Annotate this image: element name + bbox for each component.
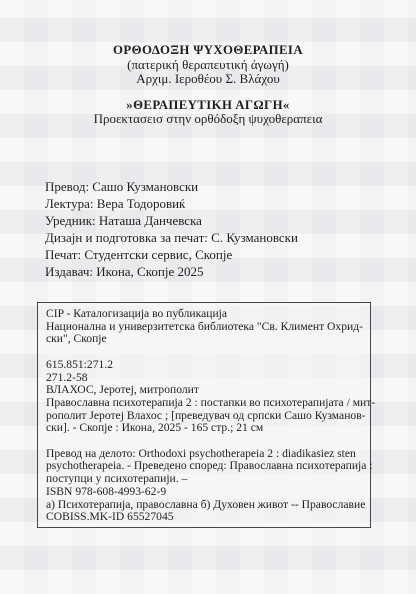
credit-line: Печат: Студентски сервис, Скопје: [45, 246, 375, 263]
cip-line: 615.851:271.2: [46, 359, 362, 372]
cip-line: COBISS.MK-ID 65527045: [46, 511, 362, 524]
credit-line: Лектура: Вера Тодоровиќ: [45, 195, 375, 212]
original-author: Αρχιμ. Ιεροθέου Σ. Βλάχου: [0, 72, 416, 87]
credits-block: Превод: Сашо КузмановскиЛектура: Вера То…: [45, 178, 375, 280]
cip-line: ски", Скопје: [46, 333, 362, 346]
credit-line: Издавач: Икона, Скопје 2025: [45, 263, 375, 280]
book-imprint-page: ΟΡΘΟΔΟΞΗ ΨΥΧΟΘΕΡΑΠΕΙΑ (πατερική θεραπευτ…: [0, 0, 416, 594]
cip-line: CIP - Каталогизација во публикација: [46, 308, 362, 321]
cip-line: поступци у психотерапији. –: [46, 473, 362, 486]
original-subtitle: (πατερική θεραπευτική άγωγή): [0, 58, 416, 73]
cip-catalog-box: CIP - Каталогизација во публикацијаНацио…: [37, 302, 371, 528]
credit-line: Уредник: Наташа Данчевска: [45, 212, 375, 229]
series-subtitle: Προεκτασεισ στην ορθόδοξη ψυχοθεραπεια: [0, 112, 416, 127]
credit-line: Дизајн и подготовка за печат: С. Кузмано…: [45, 229, 375, 246]
cip-line: Православна психотерапија 2 : постапки в…: [46, 397, 362, 410]
cip-line: [46, 435, 362, 448]
cip-line: ISBN 978-608-4993-62-9: [46, 486, 362, 499]
cip-line: [46, 346, 362, 359]
title-spacer: [0, 87, 416, 98]
credit-line: Превод: Сашо Кузмановски: [45, 178, 375, 195]
greek-title-block: ΟΡΘΟΔΟΞΗ ΨΥΧΟΘΕΡΑΠΕΙΑ (πατερική θεραπευτ…: [0, 43, 416, 127]
series-title: »ΘΕΡΑΠΕΥΤΙΚΗ ΑΓΩΓΗ«: [0, 98, 416, 113]
cip-line: ски]. - Скопје : Икона, 2025 - 165 стр.;…: [46, 422, 362, 435]
original-title: ΟΡΘΟΔΟΞΗ ΨΥΧΟΘΕΡΑΠΕΙΑ: [0, 43, 416, 58]
